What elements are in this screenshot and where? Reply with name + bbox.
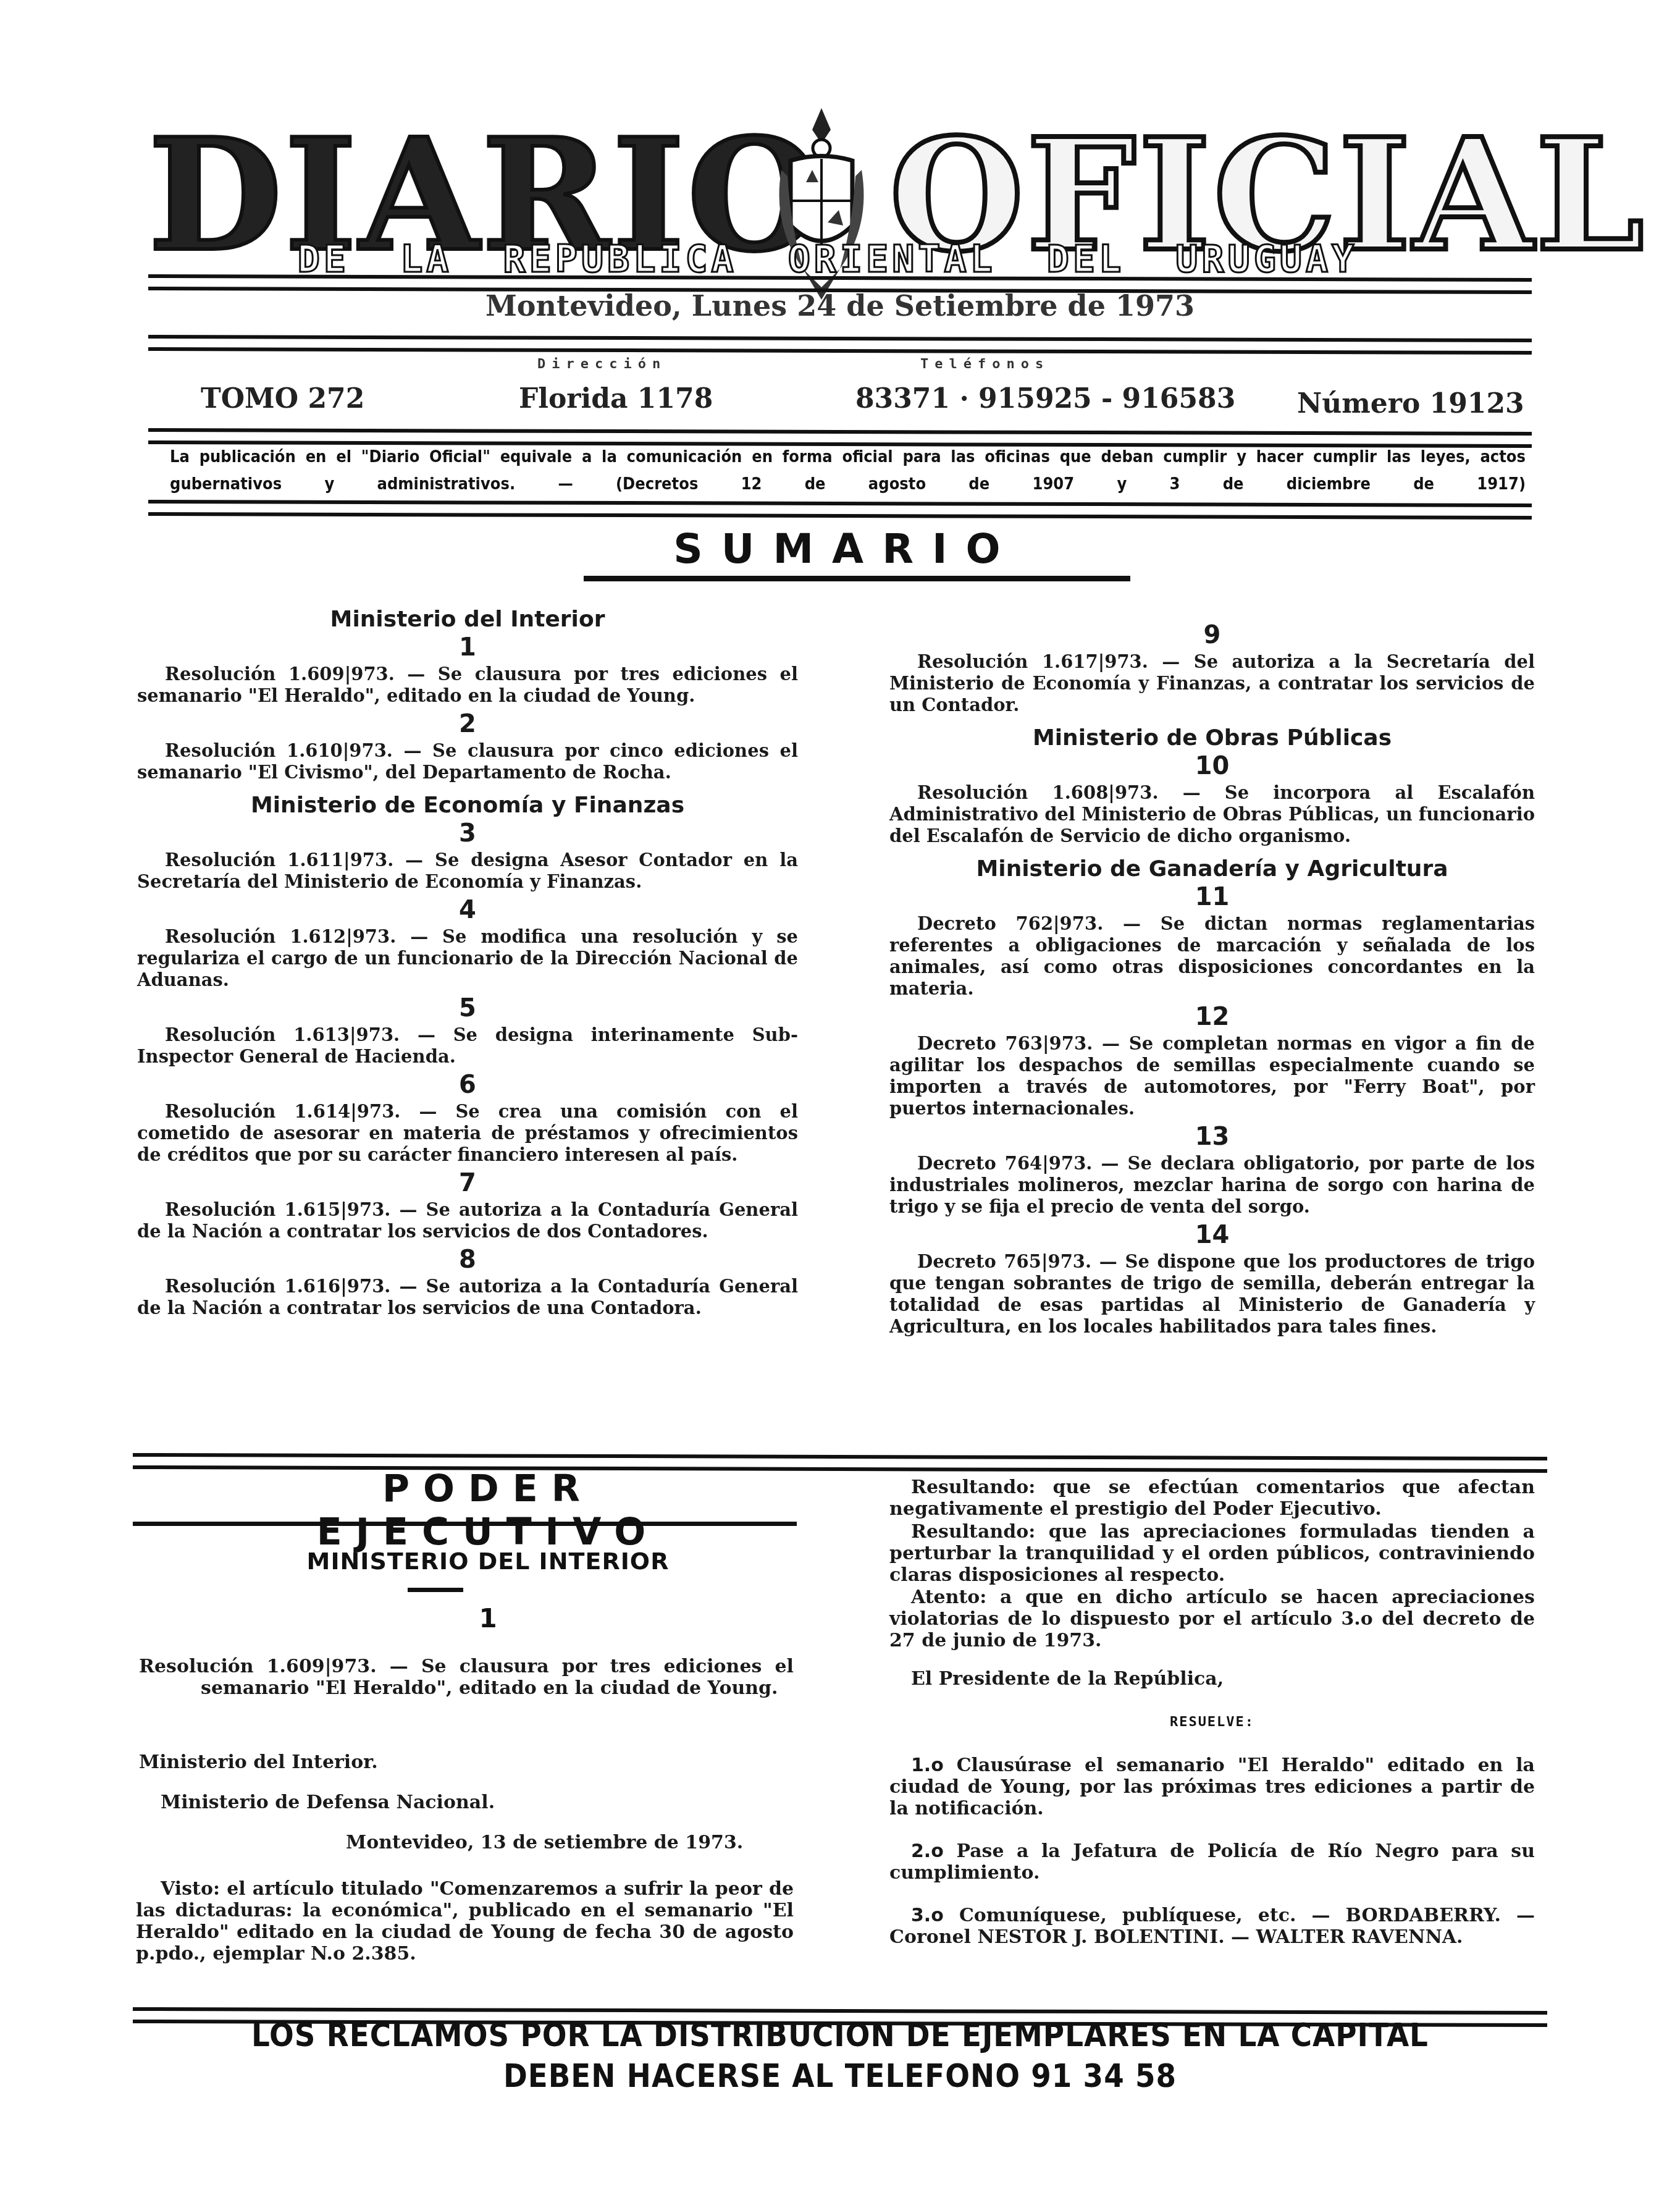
article-text: Pase a la Jefatura de Policía de Río Neg… (889, 1840, 1535, 1884)
ministry-line-interior: Ministerio del Interior. (139, 1751, 378, 1773)
atento-paragraph: Atento: a que en dicho artículo se hacen… (889, 1586, 1535, 1651)
resultando-1: Resultando: que se efectúan comentarios … (889, 1477, 1535, 1520)
sumario-entry: Decreto 763|973. — Se completan normas e… (889, 1033, 1535, 1119)
article-text: Comuníquese, publíquese, etc. — BORDABER… (889, 1905, 1535, 1948)
sumario-title: SUMARIO (581, 525, 1112, 573)
visto-paragraph: Visto: el artículo titulado "Comenzaremo… (136, 1878, 794, 1965)
resolution-number: 1 (204, 1603, 772, 1633)
resolution-article: 1.o Clausúrase el semanario "El Heraldo"… (889, 1755, 1535, 1819)
entry-number: 1 (137, 633, 798, 662)
ministry-line-defensa: Ministerio de Defensa Nacional. (161, 1792, 495, 1813)
resolution-heading: Resolución 1.609|973. — Se clausura por … (139, 1656, 794, 1699)
entry-number: 6 (137, 1070, 798, 1100)
ministry-heading: Ministerio de Obras Públicas (889, 727, 1535, 749)
sumario-entry: Resolución 1.608|973. — Se incorpora al … (889, 782, 1535, 847)
sumario-entry: Resolución 1.609|973. — Se clausura por … (137, 664, 798, 707)
entry-number: 4 (137, 895, 798, 925)
sumario-right-column: 9Resolución 1.617|973. — Se autoriza a l… (889, 618, 1535, 1338)
legal-notice: La publicación en el "Diario Oficial" eq… (170, 444, 1526, 498)
president-line: El Presidente de la República, (911, 1668, 1224, 1690)
entry-number: 13 (889, 1122, 1535, 1152)
entry-number: 5 (137, 993, 798, 1023)
entry-number: 2 (137, 709, 798, 739)
article-number: 1.o (911, 1755, 957, 1776)
entry-number: 14 (889, 1220, 1535, 1250)
ministry-title: MINISTERIO DEL INTERIOR (204, 1548, 772, 1575)
article-text: Clausúrase el semanario "El Heraldo" edi… (889, 1755, 1535, 1819)
sumario-entry: Resolución 1.614|973. — Se crea una comi… (137, 1101, 798, 1166)
sumario-entry: Resolución 1.617|973. — Se autoriza a la… (889, 651, 1535, 716)
entry-number: 8 (137, 1245, 798, 1275)
telefonos-value: 83371 · 915925 - 916583 (855, 383, 1235, 415)
article-number: 2.o (911, 1840, 956, 1862)
sumario-entry: Resolución 1.611|973. — Se designa Aseso… (137, 849, 798, 893)
direccion-value: Florida 1178 (519, 383, 713, 415)
entry-number: 12 (889, 1002, 1535, 1032)
sumario-left-column: Ministerio del Interior1Resolución 1.609… (137, 609, 798, 1319)
entry-number: 9 (889, 620, 1535, 650)
resolution-article: 2.o Pase a la Jefatura de Policía de Río… (889, 1840, 1535, 1884)
place-date: Montevideo, 13 de setiembre de 1973. (346, 1832, 743, 1853)
entry-number: 3 (137, 819, 798, 848)
resultando-2: Resultando: que las apreciaciones formul… (889, 1521, 1535, 1586)
publication-date: Montevideo, Lunes 24 de Setiembre de 197… (148, 289, 1532, 322)
sumario-entry: Resolución 1.616|973. — Se autoriza a la… (137, 1276, 798, 1319)
sumario-entry: Resolución 1.615|973. — Se autoriza a la… (137, 1199, 798, 1242)
distribution-notice-line2: DEBEN HACERSE AL TELEFONO 91 34 58 (130, 2056, 1550, 2097)
issue-number: Número 19123 (1297, 388, 1524, 419)
resolution-article: 3.o Comuníquese, publíquese, etc. — BORD… (889, 1905, 1535, 1948)
sumario-entry: Decreto 764|973. — Se declara obligatori… (889, 1153, 1535, 1218)
ministry-heading: Ministerio del Interior (137, 609, 798, 630)
sumario-entry: Resolución 1.613|973. — Se designa inter… (137, 1024, 798, 1068)
resolution-articles: 1.o Clausúrase el semanario "El Heraldo"… (889, 1755, 1535, 1948)
ministry-heading: Ministerio de Economía y Finanzas (137, 794, 798, 816)
entry-number: 10 (889, 751, 1535, 781)
divider (133, 1522, 797, 1526)
sumario-entry: Resolución 1.610|973. — Se clausura por … (137, 740, 798, 783)
telefonos-label: Teléfonos (920, 356, 1049, 372)
poder-ejecutivo-title: PODER EJECUTIVO (204, 1467, 772, 1554)
resuelve-label: RESUELVE: (889, 1714, 1535, 1730)
sumario-entry: Resolución 1.612|973. — Se modifica una … (137, 926, 798, 991)
sumario-entry: Decreto 762|973. — Se dictan normas regl… (889, 913, 1535, 1000)
distribution-notice: LOS RECLAMOS POR LA DISTRIBUCION DE EJEM… (130, 2015, 1550, 2097)
tomo-number: TOMO 272 (201, 383, 364, 415)
entry-number: 7 (137, 1168, 798, 1198)
article-number: 3.o (911, 1905, 959, 1926)
divider (148, 335, 1532, 355)
entry-number: 11 (889, 882, 1535, 912)
ministry-heading: Ministerio de Ganadería y Agricultura (889, 858, 1535, 880)
divider (148, 500, 1532, 520)
direccion-label: Dirección (537, 356, 666, 372)
sumario-entry: Decreto 765|973. — Se dispone que los pr… (889, 1251, 1535, 1338)
ornament-rule (408, 1588, 463, 1592)
distribution-notice-line1: LOS RECLAMOS POR LA DISTRIBUCION DE EJEM… (130, 2015, 1550, 2056)
divider (584, 576, 1130, 581)
